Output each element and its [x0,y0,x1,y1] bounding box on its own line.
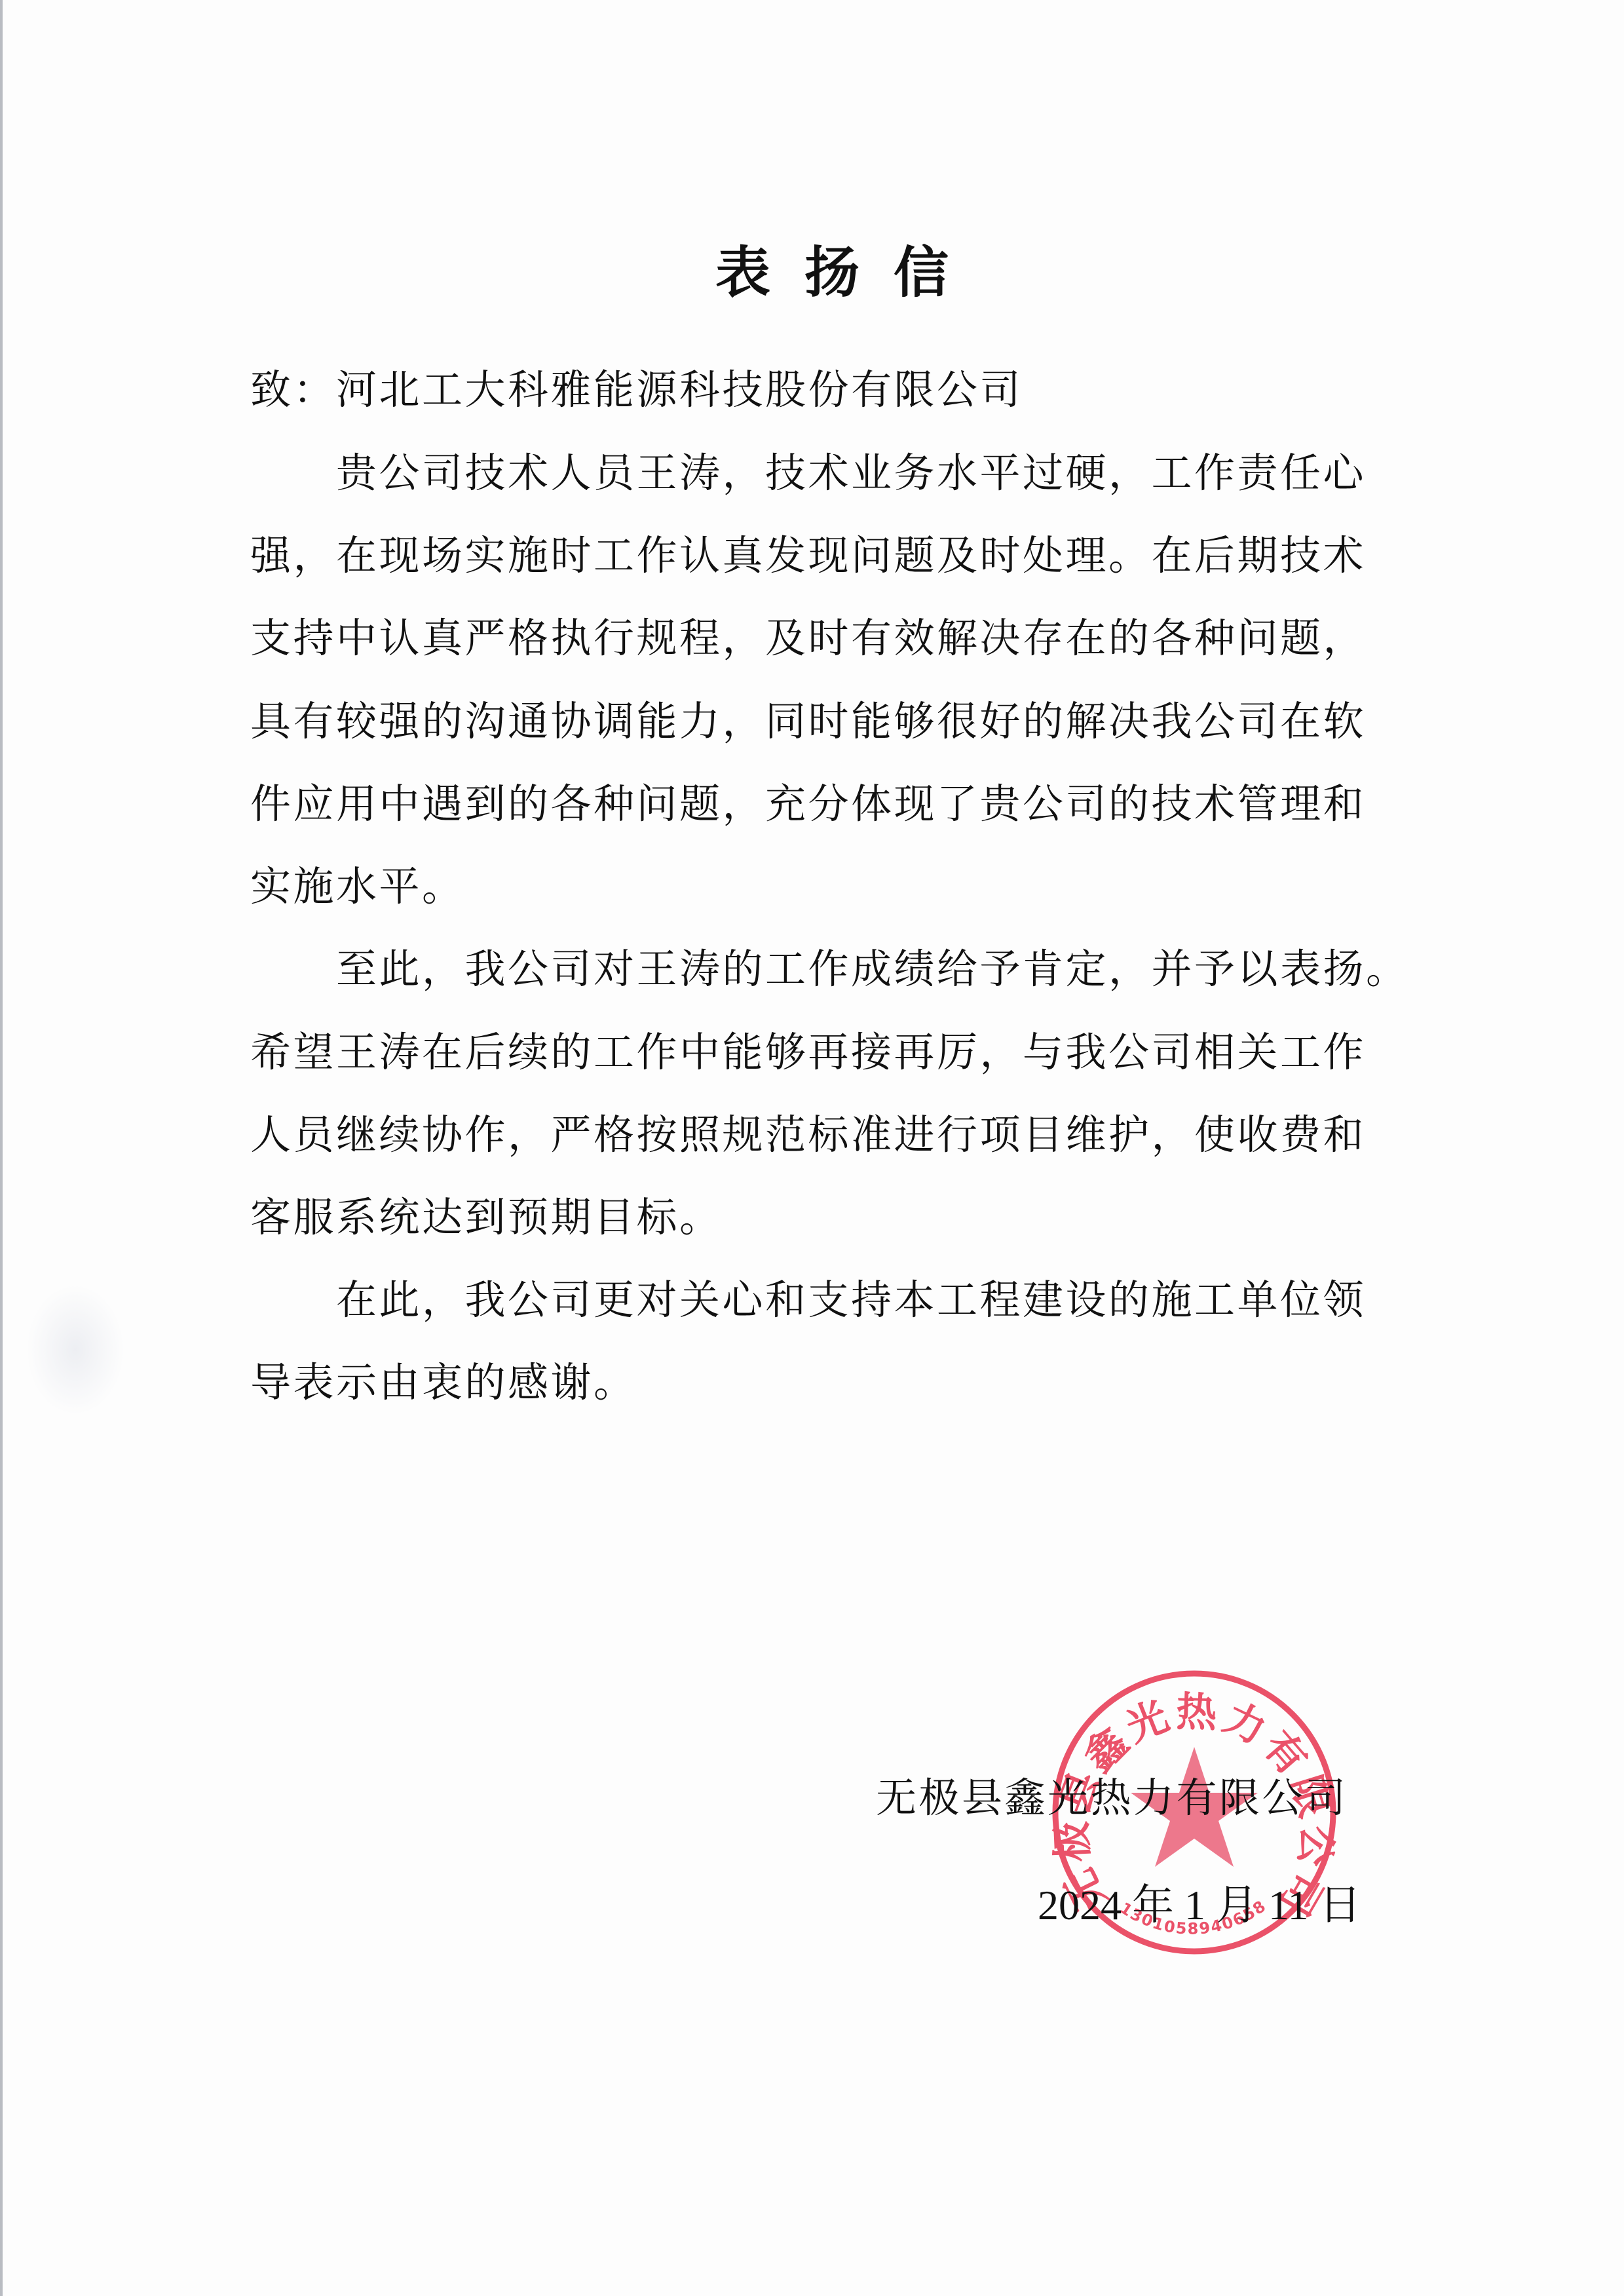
signature-date: 2024 年 1 月 11 日 [1038,1882,1361,1929]
scan-smudge [26,1284,124,1415]
paragraph-line: 至此，我公司对王涛的工作成绩给予肯定，并予以表扬。 [336,946,1409,992]
paragraph-line: 在此，我公司更对关心和支持本工程建设的施工单位领 [336,1277,1366,1323]
paragraph-line: 实施水平。 [250,864,465,909]
paragraph-line: 强，在现场实施时工作认真发现问题及时处理。在后期技术 [250,533,1366,579]
paragraph-line: 导表示由衷的感谢。 [250,1360,637,1406]
scan-edge [0,0,3,2296]
paragraph-line: 客服系统达到预期目标。 [250,1195,723,1240]
paragraph-line: 希望王涛在后续的工作中能够再接再厉，与我公司相关工作 [250,1029,1366,1075]
signature-company: 无极县鑫光热力有限公司 [876,1774,1348,1822]
letter-title: 表扬信 [681,241,943,304]
paragraph-line: 人员继续协作，严格按照规范标准进行项目维护，使收费和 [250,1112,1366,1158]
paragraph-line: 具有较强的沟通协调能力，同时能够很好的解决我公司在软 [250,698,1366,744]
salutation: 致：河北工大科雅能源科技股份有限公司 [250,367,1023,413]
paragraph-line: 支持中认真严格执行规程，及时有效解决存在的各种问题， [250,615,1366,661]
paragraph-line: 件应用中遇到的各种问题，充分体现了贵公司的技术管理和 [250,781,1366,827]
paragraph-line: 贵公司技术人员王涛，技术业务水平过硬，工作责任心 [336,450,1366,496]
